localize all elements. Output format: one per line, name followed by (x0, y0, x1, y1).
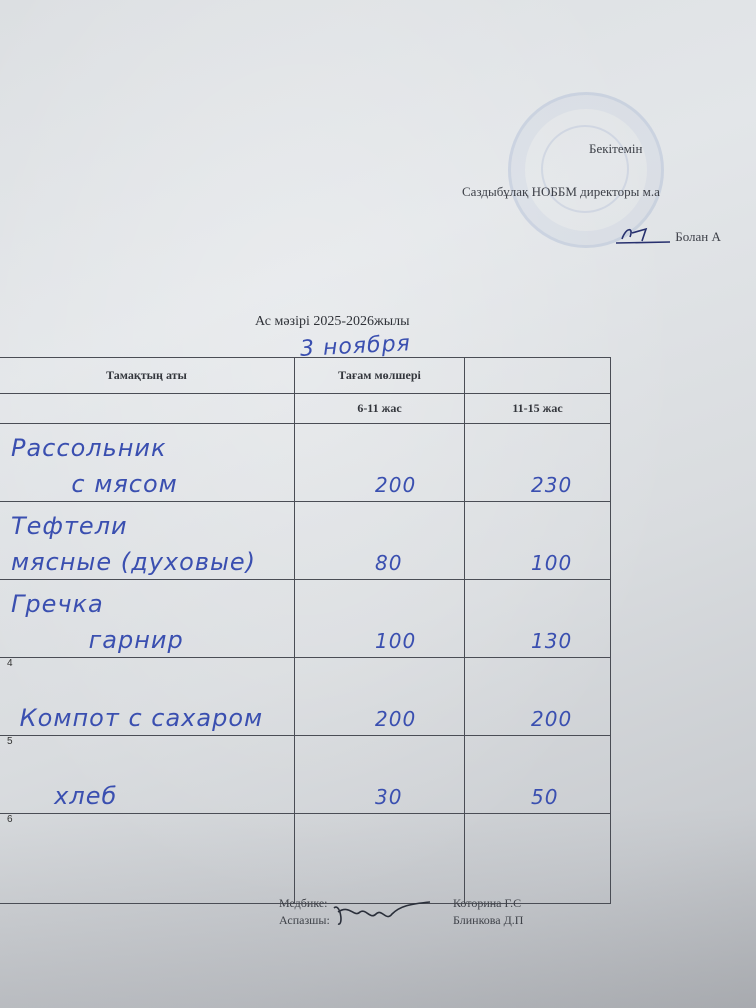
qty-6-11: 100 (375, 629, 416, 653)
table-row: 4 Компот с сахаром 200 200 (0, 658, 611, 736)
nurse-label: Медбике: (279, 896, 328, 911)
qty-11-15: 100 (531, 551, 572, 575)
qty-11-15: 130 (531, 629, 572, 653)
header-age-6-11: 6-11 жас (295, 394, 465, 424)
cook-signature-icon (330, 898, 440, 937)
header-empty (465, 358, 611, 394)
qty-6-11: 30 (375, 785, 402, 809)
food-name: Компот с сахаром (11, 664, 263, 736)
approval-signature-line: Болан А (612, 223, 721, 245)
nurse-name: Которина Г.С (453, 896, 521, 911)
table-row: Тефтели мясные (духовые) 80 100 (0, 502, 611, 580)
qty-6-11: 200 (375, 707, 416, 731)
cook-name: Блинкова Д.П (453, 913, 523, 928)
table-header-row: Тамақтың аты Тағам мөлшері (0, 358, 611, 394)
approval-title: Бекітемін (589, 141, 642, 157)
qty-11-15: 230 (531, 473, 572, 497)
header-portion: Тағам мөлшері (295, 358, 465, 394)
approval-organization: Саздыбұлақ НОББМ директоры м.а (462, 184, 660, 200)
table-row: 6 (0, 814, 611, 904)
food-name: Рассольник с мясом (11, 430, 178, 502)
qty-6-11: 80 (375, 551, 402, 575)
qty-6-11: 200 (375, 473, 416, 497)
food-name: Гречка гарнир (11, 586, 184, 658)
document-title: Ас мәзірі 2025-2026жылы (255, 314, 410, 330)
table-row: 5 хлеб 30 50 (0, 736, 611, 814)
qty-11-15: 50 (531, 785, 558, 809)
table-row: Рассольник с мясом 200 230 (0, 424, 611, 502)
menu-table: Тамақтың аты Тағам мөлшері 6-11 жас 11-1… (0, 357, 611, 904)
cook-label: Аспазшы: (279, 913, 330, 928)
header-food-name: Тамақтың аты (0, 358, 295, 394)
row-number: 6 (7, 814, 13, 825)
food-name: хлеб (11, 742, 117, 814)
header-age-11-15: 11-15 жас (465, 394, 611, 424)
food-name: Тефтели мясные (духовые) (11, 508, 256, 580)
director-signature-icon (612, 223, 672, 245)
table-row: Гречка гарнир 100 130 (0, 580, 611, 658)
table-subheader-row: 6-11 жас 11-15 жас (0, 394, 611, 424)
subheader-empty (0, 394, 295, 424)
qty-11-15: 200 (531, 707, 572, 731)
approval-signer: Болан А (675, 229, 721, 244)
